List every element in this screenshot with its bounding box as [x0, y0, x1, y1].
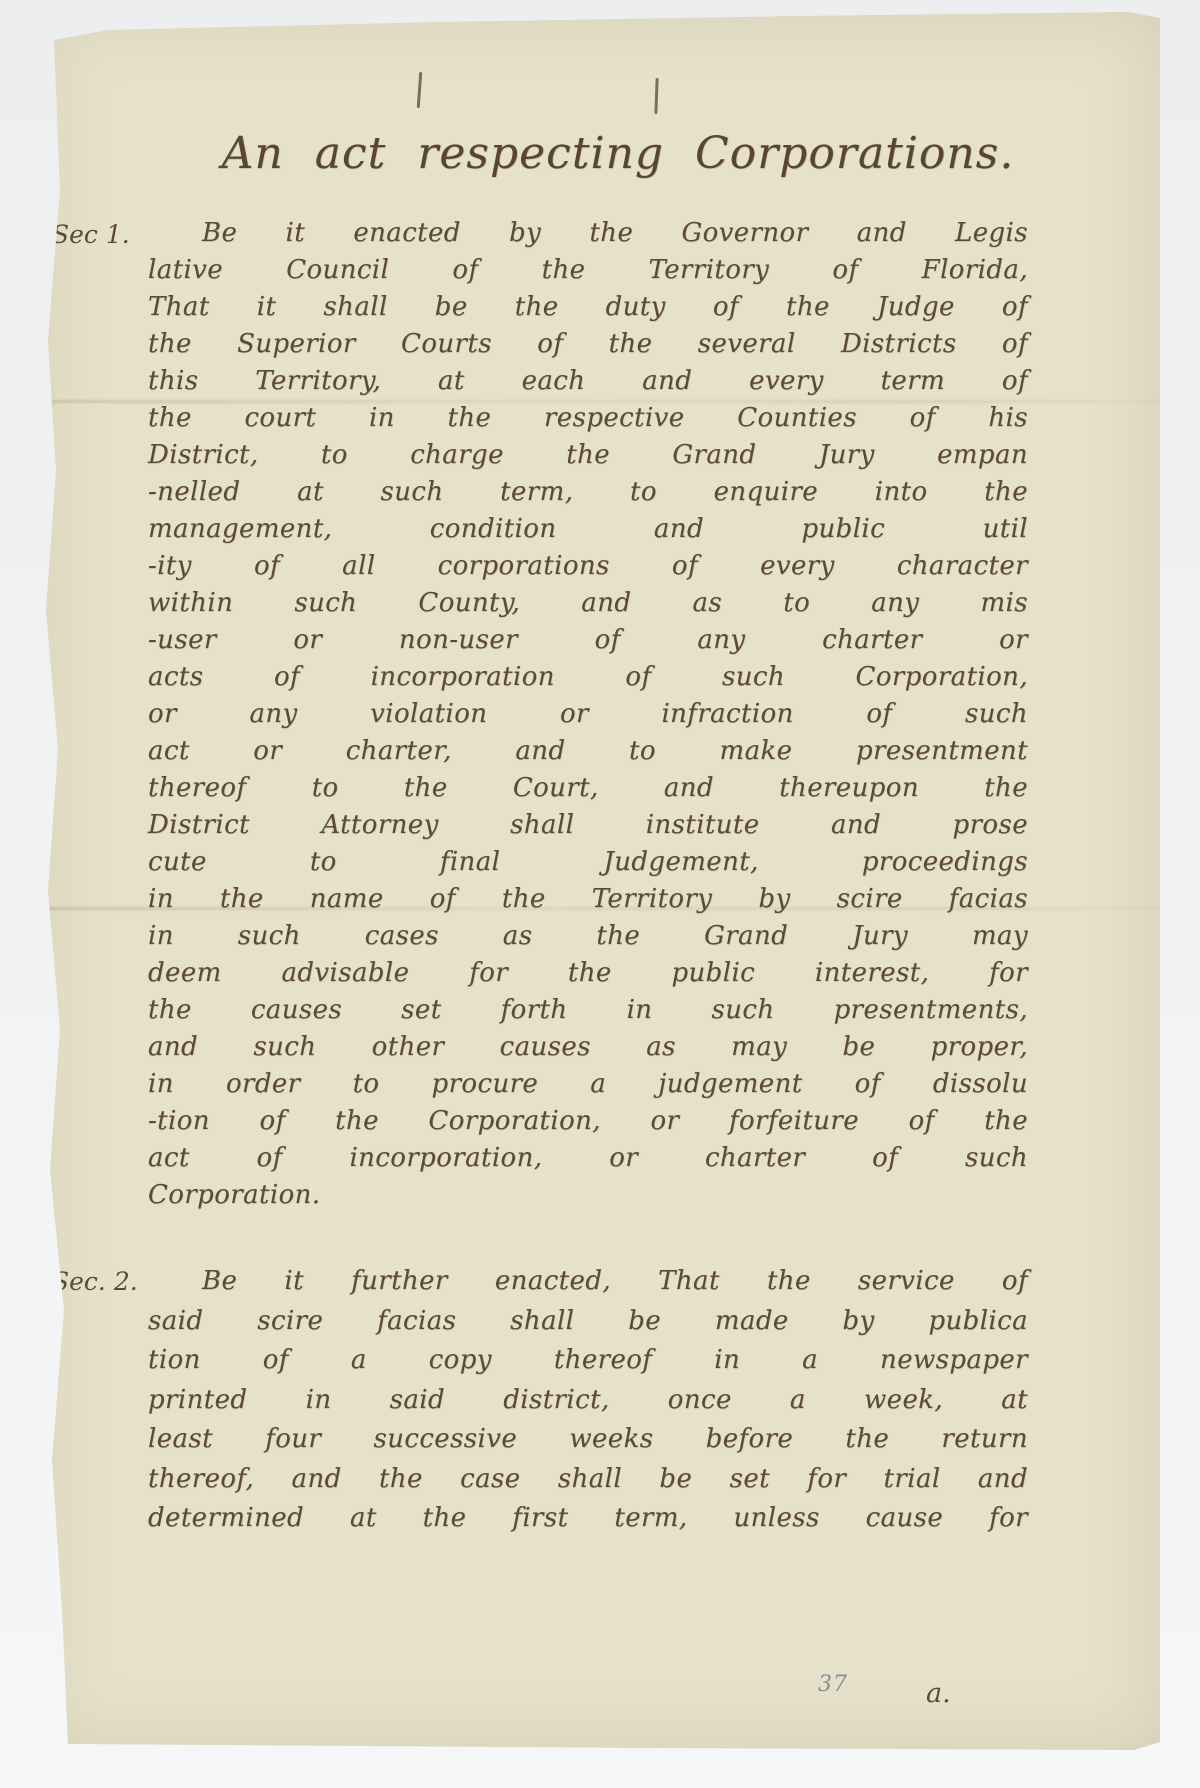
manuscript-line: within such County, and as to any mis	[148, 585, 1028, 622]
manuscript-line: deem advisable for the public interest, …	[148, 955, 1028, 992]
manuscript-line: Be it further enacted, That the service …	[148, 1262, 1028, 1302]
manuscript-line: lative Council of the Territory of Flori…	[148, 252, 1028, 289]
manuscript-line: -user or non-user of any charter or	[148, 622, 1028, 659]
manuscript-line: least four successive weeks before the r…	[148, 1420, 1028, 1460]
manuscript-line: -ity of all corporations of every charac…	[148, 548, 1028, 585]
manuscript-line: acts of incorporation of such Corporatio…	[148, 659, 1028, 696]
manuscript-line: thereof, and the case shall be set for t…	[148, 1460, 1028, 1500]
manuscript-line: -nelled at such term, to enquire into th…	[148, 474, 1028, 511]
manuscript-line: cute to final Judgement, proceedings	[148, 844, 1028, 881]
stray-ink-mark	[417, 72, 423, 108]
manuscript-line: District Attorney shall institute and pr…	[148, 807, 1028, 844]
catchword: a.	[926, 1678, 951, 1709]
manuscript-line: in the name of the Territory by scire fa…	[148, 881, 1028, 918]
manuscript-line: -tion of the Corporation, or forfeiture …	[148, 1103, 1028, 1140]
manuscript-line: in order to procure a judgement of disso…	[148, 1066, 1028, 1103]
manuscript-line: tion of a copy thereof in a newspaper	[148, 1341, 1028, 1381]
section-1-lines: Be it enacted by the Governor and Legis …	[148, 215, 1028, 1214]
manuscript-line: management, condition and public util	[148, 511, 1028, 548]
manuscript-line: or any violation or infraction of such	[148, 696, 1028, 733]
manuscript-line: this Territory, at each and every term o…	[148, 363, 1028, 400]
section-1: Sec 1. Be it enacted by the Governor and…	[52, 215, 1042, 1214]
manuscript-line: in such cases as the Grand Jury may	[148, 918, 1028, 955]
section-2-label: Sec. 2.	[52, 1267, 144, 1296]
manuscript-page: An act respecting Corporations. Sec 1. B…	[38, 10, 1160, 1750]
manuscript-line: thereof to the Court, and thereupon the	[148, 770, 1028, 807]
manuscript-line: That it shall be the duty of the Judge o…	[148, 289, 1028, 326]
scan-background: An act respecting Corporations. Sec 1. B…	[0, 0, 1200, 1788]
manuscript-line: determined at the first term, unless cau…	[148, 1499, 1028, 1539]
manuscript-line: said scire facias shall be made by publi…	[148, 1302, 1028, 1342]
manuscript-line: District, to charge the Grand Jury empan	[148, 437, 1028, 474]
manuscript-line: the causes set forth in such presentment…	[148, 992, 1028, 1029]
document-title: An act respecting Corporations.	[188, 128, 1048, 179]
manuscript-line: act or charter, and to make presentment	[148, 733, 1028, 770]
stray-ink-mark	[654, 78, 658, 114]
section-1-label: Sec 1.	[52, 220, 144, 249]
page-number: 37	[818, 1672, 848, 1697]
manuscript-line: act of incorporation, or charter of such	[148, 1140, 1028, 1177]
manuscript-line: Corporation.	[148, 1177, 1028, 1214]
manuscript-line: the Superior Courts of the several Distr…	[148, 326, 1028, 363]
manuscript-line: Be it enacted by the Governor and Legis	[148, 215, 1028, 252]
manuscript-line: printed in said district, once a week, a…	[148, 1381, 1028, 1421]
section-2-lines: Be it further enacted, That the service …	[148, 1262, 1028, 1539]
manuscript-line: and such other causes as may be proper,	[148, 1029, 1028, 1066]
manuscript-line: the court in the respective Counties of …	[148, 400, 1028, 437]
section-2: Sec. 2. Be it further enacted, That the …	[52, 1262, 1042, 1539]
